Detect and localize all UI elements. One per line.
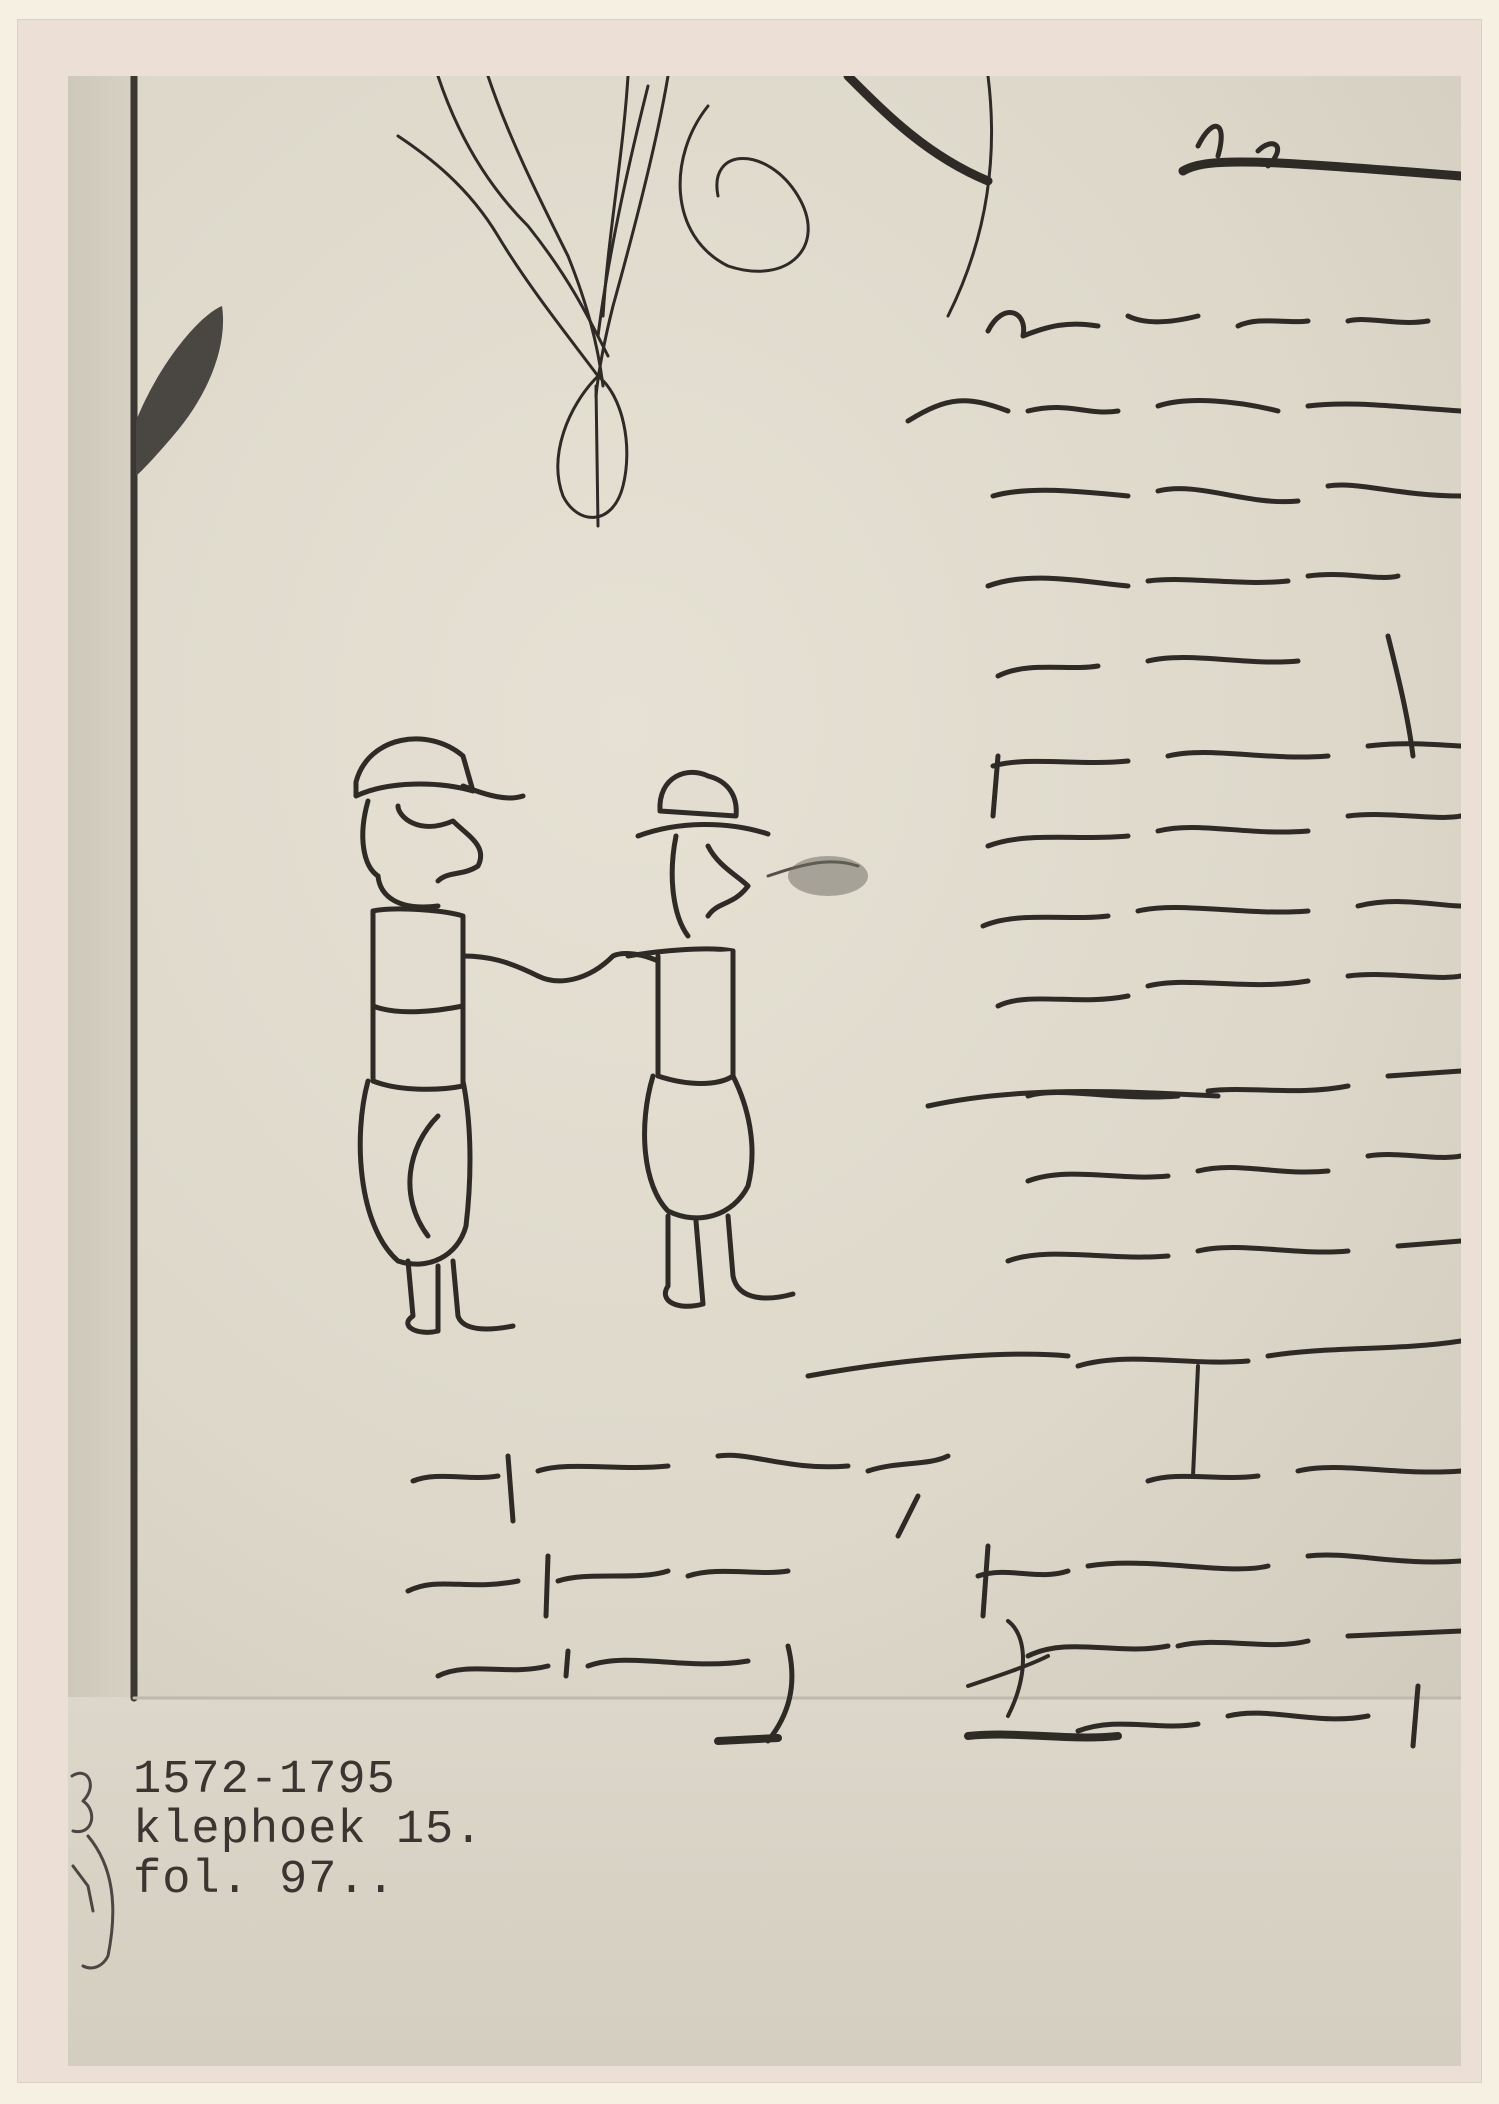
photo-card: heeft vnde on... Zuth beyden... gebannij…	[18, 20, 1481, 2082]
figures-shaking-hands	[356, 739, 858, 1332]
label-source: klephoek 15.	[133, 1806, 483, 1856]
handwriting-line: gantick strijnen	[938, 721, 1258, 767]
handwriting-line: ende ban ...	[1068, 1691, 1306, 1737]
archive-label: 1572-1795 klephoek 15. fol. 97..	[133, 1756, 483, 1906]
ink-blot	[136, 306, 223, 476]
handwriting-line: ende dese ban	[938, 546, 1231, 592]
handwriting-line: dese wort gebrught / daer bui...	[408, 1436, 1054, 1482]
manuscript-photograph: heeft vnde on... Zuth beyden... gebannij…	[68, 76, 1461, 2066]
handwriting-line: Zuth beyden...	[908, 376, 1201, 422]
handwriting-line: feilbrijnde ...	[938, 1061, 1198, 1107]
handwriting-line: jaer herberge...	[938, 966, 1254, 1012]
handwriting-line: op b dese ende ...	[938, 806, 1294, 852]
handwriting-line: soe stille ...	[938, 636, 1169, 682]
label-date-range: 1572-1795	[133, 1756, 483, 1806]
handwriting-line: gebannijde allen...	[938, 461, 1312, 507]
handwriting-line: heeft vnde on...	[938, 286, 1253, 332]
flourish	[680, 76, 991, 316]
handwriting-line: on nacht de...	[938, 886, 1215, 932]
handwriting-line: op Stadt ...	[968, 1141, 1190, 1187]
handwriting-line: nade scrynroden sijne ende ...	[408, 1541, 1018, 1587]
label-folio: fol. 97..	[133, 1856, 483, 1906]
margin-pencil-mark	[72, 1773, 113, 1968]
handwriting-line: Landelande ...	[968, 1221, 1256, 1267]
plant-sketch-icon	[398, 76, 668, 526]
handwriting-line: vijf poorten	[1028, 1321, 1262, 1367]
handwriting-line: bout rocke / b ende ...	[408, 1636, 853, 1682]
ink-smudge	[788, 856, 868, 896]
